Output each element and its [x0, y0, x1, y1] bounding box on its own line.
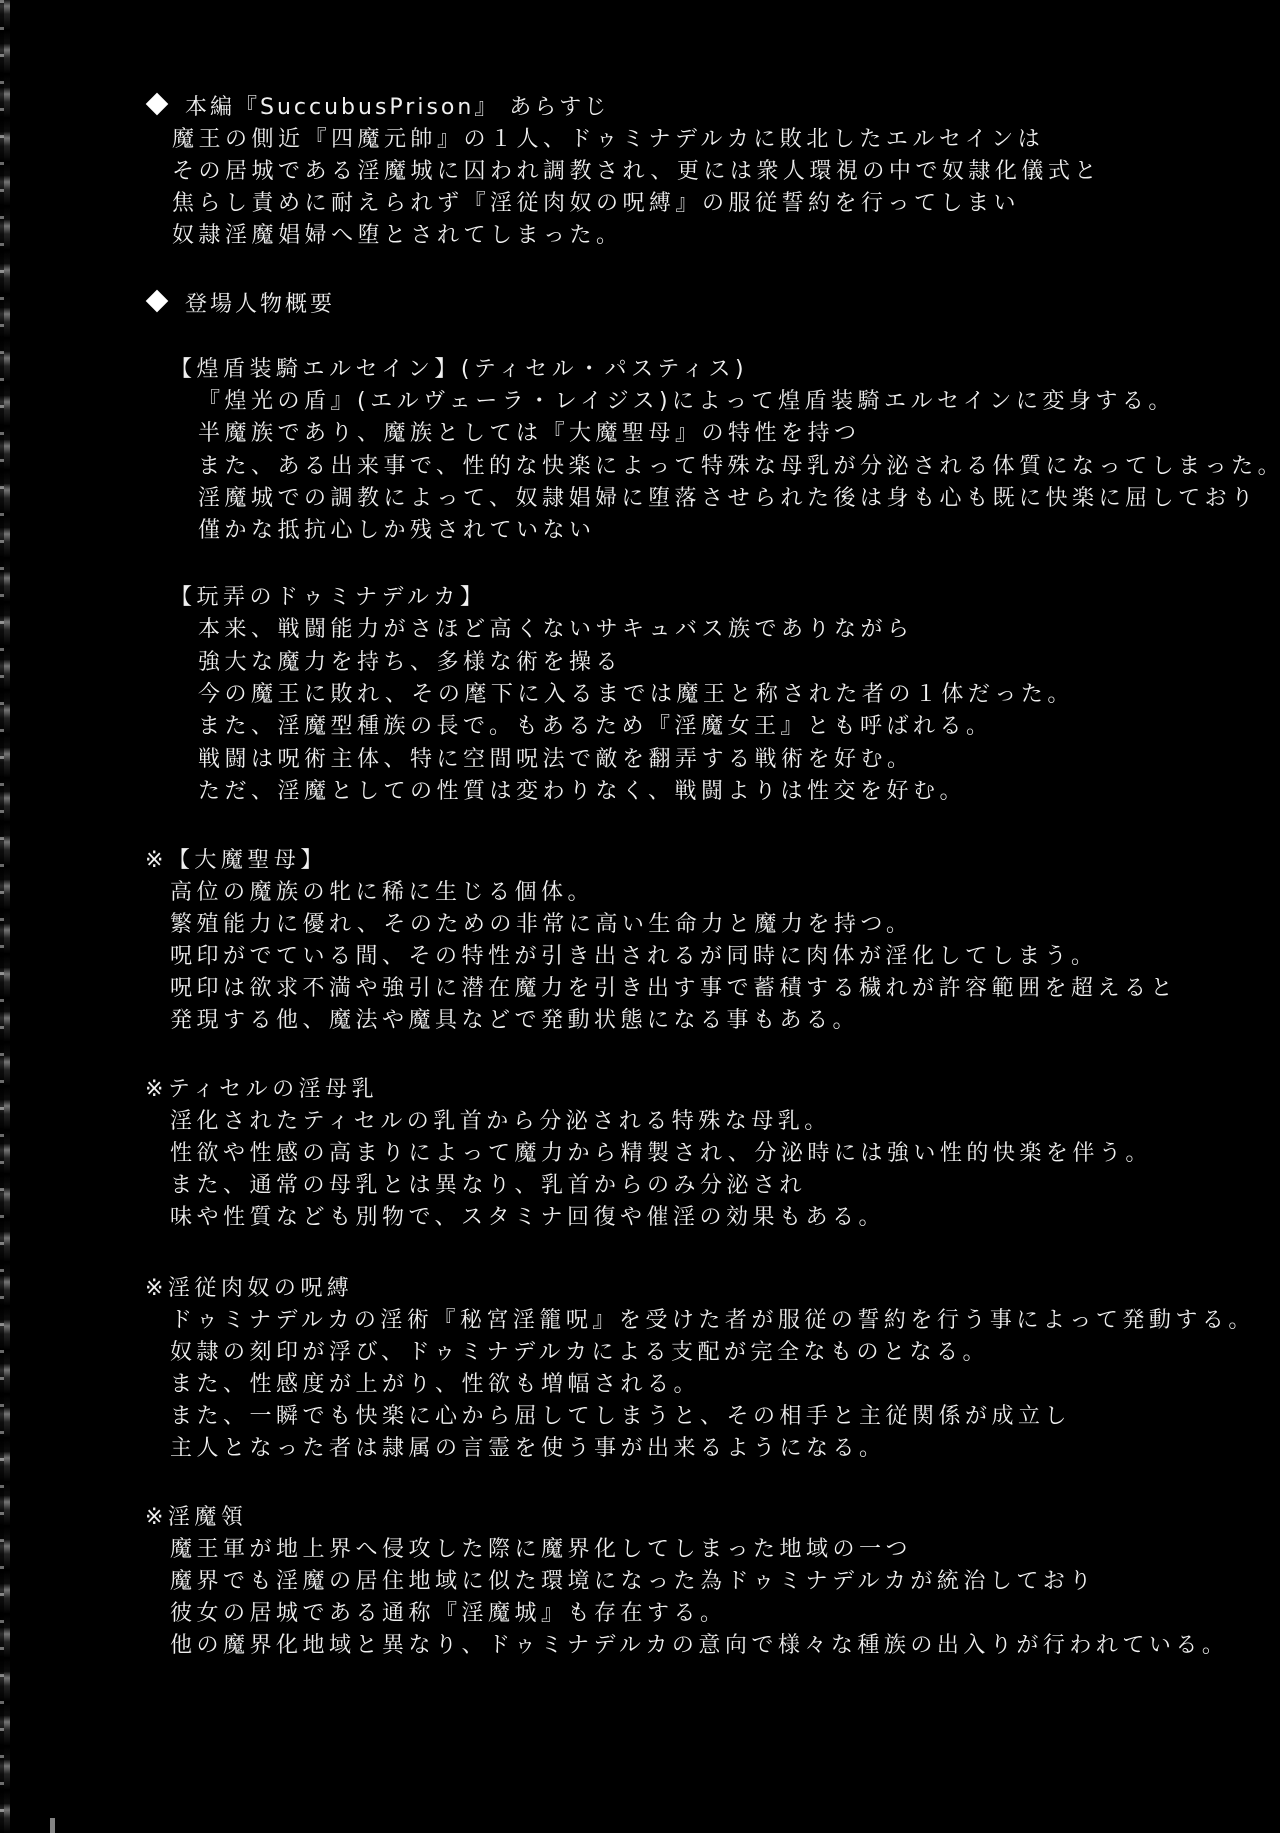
note-line: また、性感度が上がり、性欲も増幅される。: [170, 1370, 700, 1400]
note-line: 奴隷の刻印が浮び、ドゥミナデルカによる支配が完全なものとなる。: [170, 1338, 989, 1368]
character-line: 強大な魔力を持ち、多様な術を操る: [198, 648, 622, 678]
diamond-bullet-icon: [146, 290, 169, 313]
note-line: 高位の魔族の牝に稀に生じる個体。: [170, 878, 594, 908]
character-title-duminadelka: 【玩弄のドゥミナデルカ】: [170, 583, 486, 613]
character-line: 今の魔王に敗れ、その麾下に入るまでは魔王と称された者の１体だった。: [198, 680, 1074, 710]
character-line: ただ、淫魔としての性質は変わりなく、戦闘よりは性交を好む。: [198, 777, 966, 807]
note-line: 味や性質なども別物で、スタミナ回復や催淫の効果もある。: [170, 1203, 885, 1233]
characters-heading-text: 登場人物概要: [185, 292, 335, 317]
scan-binding-edge: [0, 0, 10, 1833]
note-heading: ※ティセルの淫母乳: [145, 1075, 378, 1105]
character-line: 本来、戦闘能力がさほど高くないサキュバス族でありながら: [198, 615, 914, 645]
note-line: ドゥミナデルカの淫術『秘宮淫籠呪』を受けた者が服従の誓約を行う事によって発動する…: [170, 1306, 1255, 1336]
character-line: 僅かな抵抗心しか残されていない: [198, 516, 596, 546]
synopsis-line: 奴隷淫魔娼婦へ堕とされてしまった。: [172, 221, 623, 251]
note-line: また、通常の母乳とは異なり、乳首からのみ分泌され: [170, 1171, 806, 1201]
diamond-bullet-icon: [146, 93, 169, 116]
document-page: 本編『SuccubusPrison』 あらすじ 魔王の側近『四魔元帥』の１人、ド…: [0, 0, 1280, 1833]
scan-artifact: [50, 1818, 55, 1833]
characters-heading: 登場人物概要: [145, 290, 335, 320]
note-line: 呪印がでている間、その特性が引き出されるが同時に肉体が淫化してしまう。: [170, 942, 1098, 972]
character-line: また、淫魔型種族の長で。もあるため『淫魔女王』とも呼ばれる。: [198, 712, 993, 742]
note-heading: ※【大魔聖母】: [145, 846, 327, 876]
character-line: 半魔族であり、魔族としては『大魔聖母』の特性を持つ: [198, 419, 861, 449]
character-line: 淫魔城での調教によって、奴隷娼婦に堕落させられた後は身も心も既に快楽に屈しており: [198, 484, 1258, 514]
character-line: 戦闘は呪術主体、特に空間呪法で敵を翻弄する戦術を好む。: [198, 745, 914, 775]
synopsis-heading: 本編『SuccubusPrison』 あらすじ: [145, 93, 609, 123]
note-heading: ※淫従肉奴の呪縛: [145, 1274, 353, 1304]
note-line: 淫化されたティセルの乳首から分泌される特殊な母乳。: [170, 1107, 831, 1137]
synopsis-line: 魔王の側近『四魔元帥』の１人、ドゥミナデルカに敗北したエルセインは: [172, 125, 1044, 155]
note-line: 呪印は欲求不満や強引に潜在魔力を引き出す事で蓄積する穢れが許容範囲を超えると: [170, 974, 1177, 1004]
note-line: 魔王軍が地上界へ侵攻した際に魔界化してしまった地域の一つ: [170, 1535, 912, 1565]
note-line: 繁殖能力に優れ、そのための非常に高い生命力と魔力を持つ。: [170, 910, 912, 940]
character-line: 『煌光の盾』(エルヴェーラ・レイジス)によって煌盾装騎エルセインに変身する。: [198, 387, 1175, 417]
note-line: 魔界でも淫魔の居住地域に似た環境になった為ドゥミナデルカが統治しており: [170, 1567, 1096, 1597]
note-line: 主人となった者は隷属の言霊を使う事が出来るようになる。: [170, 1434, 886, 1464]
synopsis-heading-text: 本編『SuccubusPrison』 あらすじ: [185, 95, 609, 120]
note-line: 性欲や性感の高まりによって魔力から精製され、分泌時には強い性的快楽を伴う。: [170, 1139, 1152, 1169]
synopsis-line: 焦らし責めに耐えられず『淫従肉奴の呪縛』の服従誓約を行ってしまい: [172, 189, 1020, 219]
character-line: また、ある出来事で、性的な快楽によって特殊な母乳が分泌される体質になってしまった…: [198, 452, 1280, 482]
character-title-elsein: 【煌盾装騎エルセイン】(ティセル・パスティス): [170, 355, 748, 385]
note-line: 発現する他、魔法や魔具などで発動状態になる事もある。: [170, 1006, 859, 1036]
note-heading: ※淫魔領: [145, 1503, 247, 1533]
synopsis-line: その居城である淫魔城に囚われ調教され、更には衆人環視の中で奴隷化儀式と: [172, 157, 1101, 187]
note-line: 他の魔界化地域と異なり、ドゥミナデルカの意向で様々な種族の出入りが行われている。: [170, 1631, 1228, 1661]
note-line: 彼女の居城である通称『淫魔城』も存在する。: [170, 1599, 727, 1629]
note-line: また、一瞬でも快楽に心から屈してしまうと、その相手と主従関係が成立し: [170, 1402, 1071, 1432]
